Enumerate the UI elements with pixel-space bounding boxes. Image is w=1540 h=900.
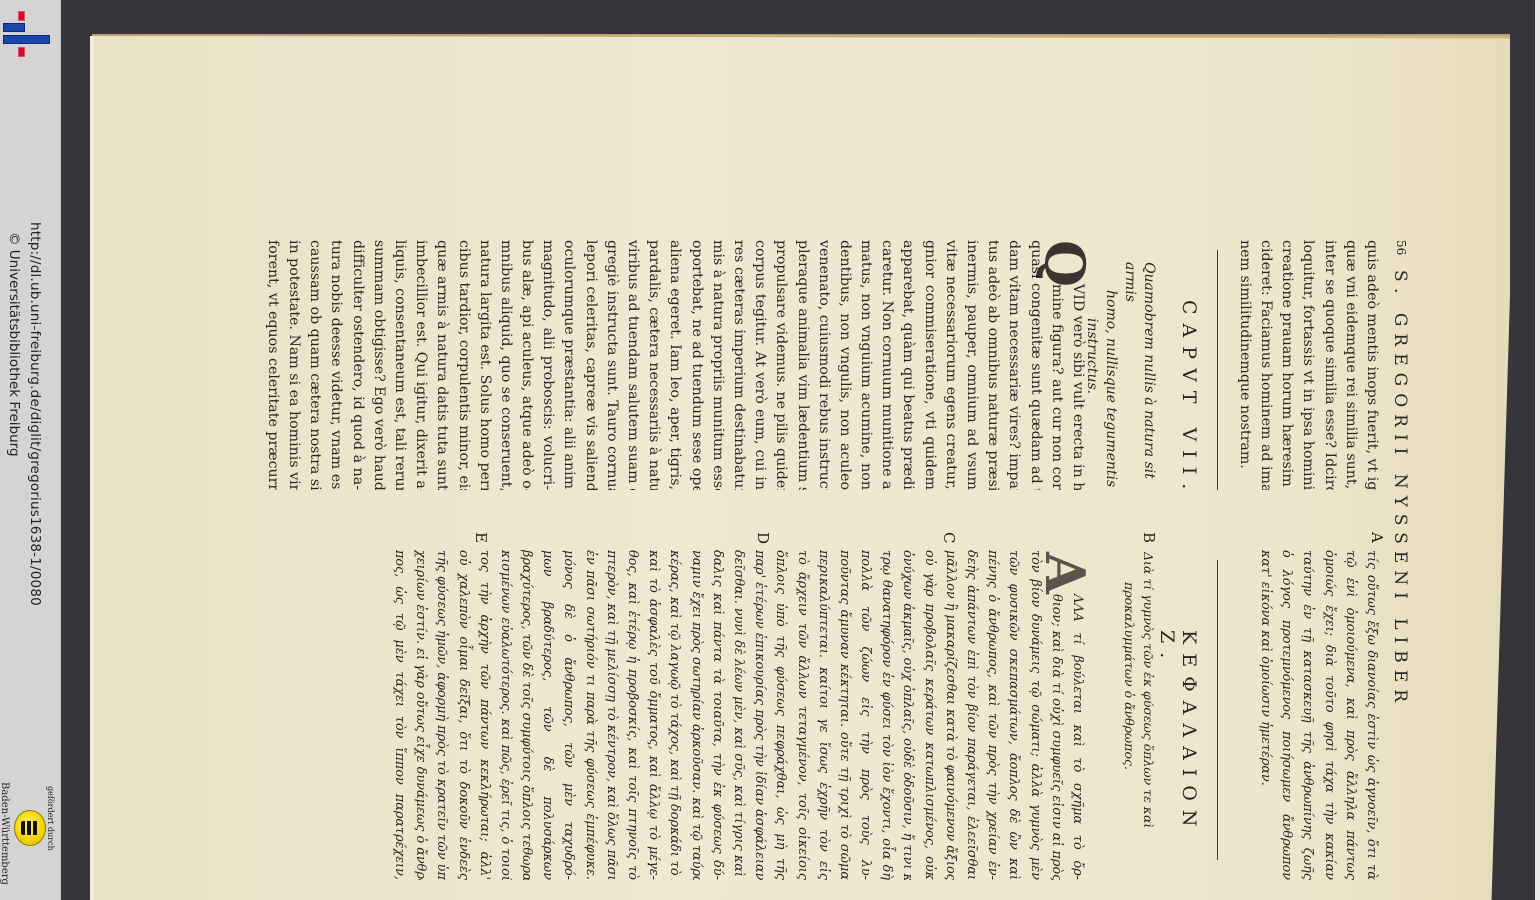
text-line: πτερὸν, καὶ τῇ μελίσσῃ τὸ κέντρον, καὶ ὅ… xyxy=(601,550,622,880)
margin-letter-c: C xyxy=(940,532,958,543)
text-line: πένης ὁ ἄνθρωπος, καὶ τῶν πρὸς τὴν χρεία… xyxy=(982,550,1003,880)
text-line: cibus tardior, corpulentis minor, eis xyxy=(452,240,473,490)
text-line: δεῖσθαι. νυνὶ δὲ λέων μὲν, καὶ σῦς, καὶ … xyxy=(728,550,749,880)
text-line: mine figura? aut cur non corpori xyxy=(1046,240,1067,490)
text-line: quæ vni eidemque rei similia sunt, eadē xyxy=(1340,240,1361,490)
text-line: οὐ γὰρ προβολαῖς κεράτων κατωπλισμένος, … xyxy=(919,550,940,880)
page-content: 56 S. GREGORII NYSSENI LIBER quis adeò m… xyxy=(290,240,1410,880)
text-line: ὀνύχων ἀκμαῖς, οὐχ ὁπλαῖς, οὐδὲ ὀδοῦσιν,… xyxy=(897,550,918,880)
text-line: loquitur, fortassis vt in ipsa hominis xyxy=(1297,240,1318,490)
text-line: πος, ὡς τῷ μὲν τάχει τὸν ἵππον παρατρέχε… xyxy=(389,550,410,880)
greek-chapter-body: ΛΛΑ τί βούλεται καὶ τὸ σχῆμα τὸ ὄρ- θιον… xyxy=(389,550,1088,880)
text-line: θος, καὶ ἑτέρῳ ἡ προβοσκίς, καὶ τοῖς πτη… xyxy=(622,550,643,880)
divider-greek xyxy=(1217,560,1218,860)
text-line: caretur. Non cornuum munitione ar- xyxy=(876,240,897,490)
text-line: in potestate. Nam si ea hominis vires xyxy=(283,240,304,490)
subtitle-line: Quamobrem nullis à natura sit armis xyxy=(1120,262,1158,492)
text-line: apparebat, quàm qui beatus prædi- xyxy=(897,240,918,490)
text-line: oportebat, ne ad tuendum sese ope xyxy=(685,240,706,490)
text-line: VID verò sibi vult erecta in ho- xyxy=(1067,240,1088,490)
text-line: ταύτην ἐν τῇ κατασκευῇ τῆς ἀνθρωπίνης ζω… xyxy=(1297,550,1318,880)
text-line: bus alæ, api aculeus, atque adeò o- xyxy=(516,240,537,490)
text-line: τῷ ἑνὶ ὁμοιούμενα, καὶ πρὸς ἄλληλα πάντω… xyxy=(1340,550,1361,880)
text-line: κατ' εἰκόνα καὶ ὁμοίωσιν ἡμετέραν. xyxy=(1255,550,1276,880)
text-line: καὶ τὸ ἀσφαλὲς τοῦ ὄμματος, καὶ ἄλλῳ τὸ … xyxy=(643,550,664,880)
text-line: δαλις καὶ πάντα τὰ τοιαῦτα, τὴν ἐκ φύσεω… xyxy=(707,550,728,880)
viewer-sidebar: http://dl.ub.uni-freiburg.de/diglit/greg… xyxy=(0,0,61,900)
text-line: difficulter ostendero, id quod à na- xyxy=(346,240,367,490)
greek-chapter-subtitle: Διὰ τί γυμνὸς τῶν ἐκ φύσεως ὅπλων τε καὶ… xyxy=(1120,552,1158,872)
running-head-title: S. GREGORII NYSSENI LIBER xyxy=(1390,270,1410,709)
logo-blue-bar-short xyxy=(3,23,25,32)
text-line: δεὴς ἁπάντων ἐπὶ τὸν βίον παράγεται, ἐλε… xyxy=(961,550,982,880)
text-line: παρ' ἑτέρων ἐπικουρίας πρὸς τὴν ἰδίαν ἀσ… xyxy=(749,550,770,880)
funder-state: Baden-Württemberg xyxy=(0,782,10,885)
text-line: ὁμοιώς ἔχει; διὰ τοῦτο φησὶ τάχα τὴν κακ… xyxy=(1318,550,1339,880)
text-line: imbecillior est. Qui igitur, dixerit a- xyxy=(410,240,431,490)
subtitle-line: homo, nullisque tegumentis xyxy=(1101,262,1120,492)
text-line: τρῳ θανατηφόρον ἐν φύσει τὸν ἰὸν ἔχοντι,… xyxy=(876,550,897,880)
text-line: oculorumque præstantia: alii animali xyxy=(558,240,579,490)
text-line: quæ armis à natura datis tuta sunt, xyxy=(431,240,452,490)
text-line: tura nobis deesse videtur, vnam esse xyxy=(325,240,346,490)
text-line: τὸ ἄρχειν τῶν ἄλλων τεταγμένον, τοῖς οἰκ… xyxy=(791,550,812,880)
logo-red-bar-bottom xyxy=(18,47,25,57)
text-line: θιον; καὶ διὰ τί οὐχὶ συμφυεῖς εἰσιν αἱ … xyxy=(1046,550,1067,880)
text-line: τὸν βίον δυνάμεις τῷ σώματι; ἀλλὰ γυμνὸς… xyxy=(1024,550,1045,880)
margin-letter-e: E xyxy=(472,532,490,543)
text-line: tus adeò ab omnibus naturæ præsidiis, xyxy=(982,240,1003,490)
text-line: mis à natura propriis munitum esse xyxy=(707,240,728,490)
copyright-notice: © Universitätsbibliothek Freiburg xyxy=(6,232,22,457)
subtitle-line: προκαλυμμάτων ὁ ἄνθρωπος. xyxy=(1120,552,1139,872)
page-number: 56 xyxy=(1394,240,1408,255)
running-head: 56 S. GREGORII NYSSENI LIBER xyxy=(1386,240,1410,880)
text-line: κισμένων εὐαλωτότερος. καὶ πῶς, ἐρεῖ τις… xyxy=(495,550,516,880)
text-line: natura largita est. Solus homo perni- xyxy=(474,240,495,490)
text-line: gregiè instructa sunt. Tauro cornua, xyxy=(601,240,622,490)
text-line: venenato, cuiusmodi rebus instructa xyxy=(813,240,834,490)
text-line: πολλὰ τῶν ζώων εἰς τὴν πρὸς τοὺς λυ- xyxy=(855,550,876,880)
text-line: quis adeò mentis inops fuerit, vt ignore… xyxy=(1361,240,1382,490)
permalink-url[interactable]: http://dl.ub.uni-freiburg.de/diglit/greg… xyxy=(27,222,43,606)
text-line: mnibus aliquid, quo se conseruent, xyxy=(495,240,516,490)
logo-red-bar-top xyxy=(18,11,25,21)
text-line: corpus tegitur. At verò eum, cui in xyxy=(749,240,770,490)
text-line: vitæ necessariorum egens creatur, di- xyxy=(940,240,961,490)
text-line: forent, vt equos celeritate præcurreret, xyxy=(262,240,283,490)
text-line: ὅπλοις ὑπὸ τῆς φύσεως πεφράχθαι, ὡς μὴ τ… xyxy=(770,550,791,880)
text-line: liquis, consentaneum est, tali rerum xyxy=(389,240,410,490)
text-line: matus, non vnguium acumine, non xyxy=(855,240,876,490)
text-line: inter se quoque similia esse? Idcirco si… xyxy=(1318,240,1339,490)
divider-latin xyxy=(1217,250,1218,490)
text-line: ἐν πᾶσι σωτήριόν τι παρὰ τῆς φύσεως ἐμπέ… xyxy=(580,550,601,880)
text-line: lepori celeritas, capreæ vis saliendi, xyxy=(580,240,601,490)
text-line: quasi congenitæ sunt quædam ad tuen- xyxy=(1024,240,1045,490)
baden-wuerttemberg-coat-of-arms-icon xyxy=(14,810,46,846)
funder-label: gefördert durch xyxy=(46,786,55,851)
text-line: τίς οὕτως ἔξω διανοίας ἐστὶν ὡς ἀγνοεῖν,… xyxy=(1361,550,1382,880)
latin-chapter-body: VID verò sibi vult erecta in ho- mine fi… xyxy=(262,240,1088,490)
text-line: pleraque animalia vim lædentium se xyxy=(791,240,812,490)
text-line: ναμιν ἔχει πρὸς σωτηρίαν ἀρκοῦσαν. καὶ τ… xyxy=(685,550,706,880)
margin-letter-b: B xyxy=(1140,532,1158,543)
text-line: περικαλύπτεται. καίτοι γε ἴσως ἐχρῆν τὸν… xyxy=(813,550,834,880)
text-line: τῶν φυσικῶν σκεπασμάτων, ἄοπλος δὲ ὢν κα… xyxy=(1003,550,1024,880)
greek-chapter-heading: ΚΕΦΑΛΑΙΟΝ Ζ. xyxy=(1156,630,1200,880)
text-line: inermis, pauper, omnium ad vsum xyxy=(961,240,982,490)
text-line: dentibus, non vngulis, non aculeo xyxy=(834,240,855,490)
text-line: μόνος δὲ ὁ ἄνθρωπος, τῶν μὲν ταχυδρό- xyxy=(558,550,579,880)
subtitle-line: Διὰ τί γυμνὸς τῶν ἐκ φύσεως ὅπλων τε καὶ xyxy=(1139,552,1158,872)
text-line: summam obtigisse? Ego verò haud xyxy=(368,240,389,490)
text-line: οὐ χαλεπὸν οἶμαι δεῖξαι, ὅτι τὸ δοκοῦν ἐ… xyxy=(452,550,473,880)
text-line: μων βραδύτερος, τῶν δὲ πολυσάρκων xyxy=(537,550,558,880)
text-line: ὁ λόγος προτεμνόμενος ποιήσωμεν ἄνθρωπον xyxy=(1276,550,1297,880)
page-left-edge xyxy=(90,36,94,900)
text-line: τος τὴν ἀρχὴν τῶν πάντων κεκλήρωται; ἀλλ… xyxy=(474,550,495,880)
text-line: κέρας, καὶ τῷ λαγωῷ τὸ τάχος, καὶ τῇ δορ… xyxy=(664,550,685,880)
latin-intro: quis adeò mentis inops fuerit, vt ignore… xyxy=(1234,240,1382,490)
latin-chapter-subtitle: Quamobrem nullis à natura sit armis homo… xyxy=(1082,262,1158,492)
text-line: viribus ad tuendam salutem suam e- xyxy=(622,240,643,490)
logo-blue-bar-long xyxy=(3,35,50,44)
text-line: χειρίων ἐστίν. εἰ γὰρ οὕτως εἶχε δυνάμεω… xyxy=(410,550,431,880)
text-line: τῆς φύσεως ἡμῶν, ἀφορμὴ πρὸς τὸ κρατεῖν … xyxy=(431,550,452,880)
viewer-right-edge xyxy=(1535,0,1540,900)
margin-letter-d: D xyxy=(754,532,772,544)
text-line: μᾶλλον ἢ μακαρίζεσθαι κατὰ τὸ φαινόμενον… xyxy=(940,550,961,880)
text-line: magnitudo, alii proboscis: volucri- xyxy=(537,240,558,490)
text-line: caussam ob quam cætera nostra sint xyxy=(304,240,325,490)
greek-intro: τίς οὕτως ἔξω διανοίας ἐστὶν ὡς ἀγνοεῖν,… xyxy=(1255,550,1382,880)
text-line: creatione prauam horum hæresim præ- xyxy=(1276,240,1297,490)
latin-chapter-heading: CAPVT VII. xyxy=(1178,300,1200,498)
text-line: βραχύτερος, τῶν δὲ τοῖς συμφύτοις ὅπλοις… xyxy=(516,550,537,880)
text-line: aliena egeret. Iam leo, aper, tigris, xyxy=(664,240,685,490)
text-line: ποῦντας ἄμυναν κέκτηται. οὔτε τῇ τριχὶ τ… xyxy=(834,550,855,880)
text-line: ΛΛΑ τί βούλεται καὶ τὸ σχῆμα τὸ ὄρ- xyxy=(1067,550,1088,880)
text-line: res cæteras imperium destinabatur, ar- xyxy=(728,240,749,490)
text-line: gnior commiseratione, vti quidem xyxy=(919,240,940,490)
margin-letter-a: A xyxy=(1368,532,1386,543)
text-line: nem similitudinemque nostram. xyxy=(1234,240,1255,490)
text-line: propulsare videmus. ne pilis quidem xyxy=(770,240,791,490)
text-line: cideret: Faciamus hominem ad imagi- xyxy=(1255,240,1276,490)
text-line: pardalis, cætera necessariis à natura xyxy=(643,240,664,490)
text-line: dam vitam necessariæ vires? impara- xyxy=(1003,240,1024,490)
ub-freiburg-logo-icon[interactable] xyxy=(0,0,60,70)
